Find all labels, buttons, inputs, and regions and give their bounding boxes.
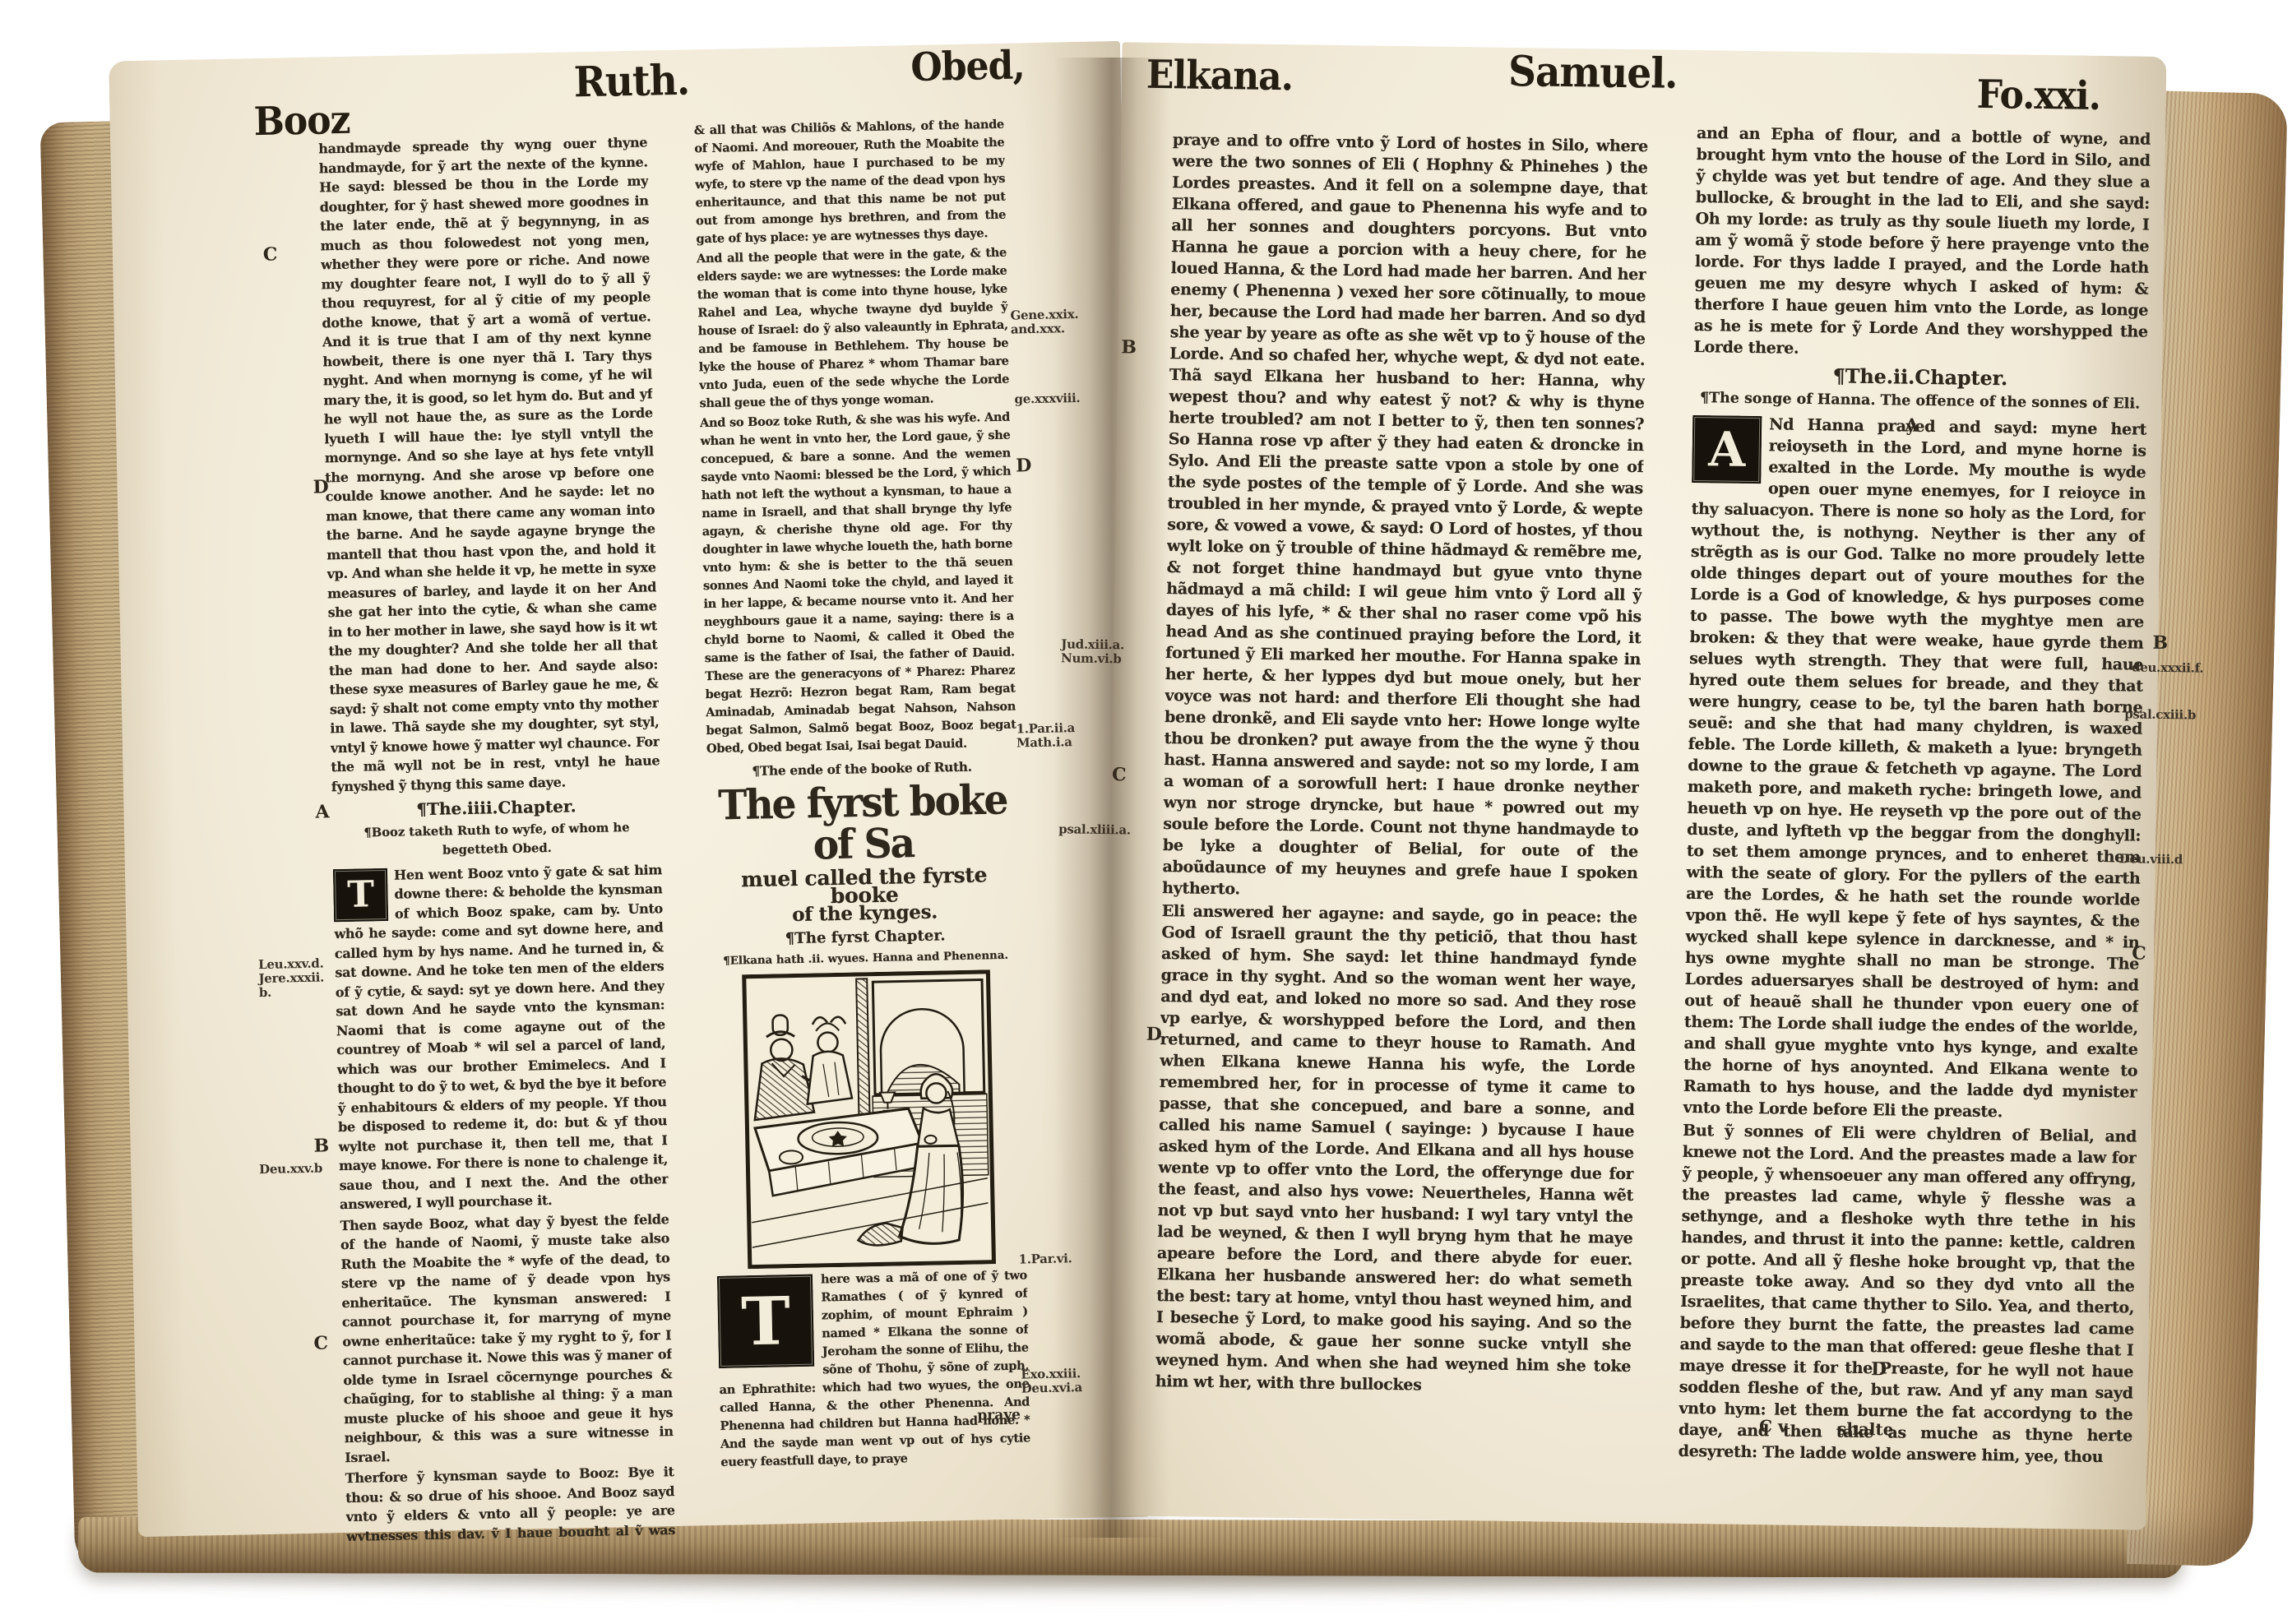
margin-cross-reference: 1.Par.ii.a Math.i.a	[1016, 721, 1075, 750]
chapter-summary: ¶Booz taketh Ruth to wyfe, of whom he be…	[332, 817, 662, 863]
left-page: Booz Ruth. Obed, handmayde spreade thy w…	[109, 41, 1150, 1537]
quire-signature: C v	[1759, 1416, 1788, 1436]
body-text-paragraph: THen went Booz vnto ỹ gate & sat him dow…	[333, 860, 669, 1215]
body-text: Nd Hanna prayed and sayd: myne hert reio…	[1683, 415, 2146, 1121]
margin-section-letter: B	[1121, 336, 1137, 358]
chapter-summary: ¶The songe of Hanna. The offence of the …	[1692, 387, 2146, 415]
folio-number: Fo.xxi.	[1976, 72, 2100, 119]
woodcut-elkanah-hannah-illustration	[742, 969, 997, 1269]
margin-section-letter: C	[263, 243, 278, 265]
margin-section-letter: A	[315, 801, 330, 822]
decorated-initial-T: T	[717, 1275, 814, 1368]
margin-section-letter: D	[1016, 455, 1032, 476]
right-page: Elkana. Samuel. Fo.xxi. praye and to off…	[1102, 42, 2167, 1530]
body-text-paragraph: Therfore ỹ kynsman sayde to Booz: Bye it…	[345, 1462, 676, 1541]
margin-cross-reference: ge.xxxviii.	[1014, 391, 1080, 407]
body-text-paragraph: But ỹ sonnes of Eli were chyldren of Bel…	[1678, 1120, 2137, 1469]
margin-section-letter: C	[313, 1332, 328, 1353]
samuel-title-line-1: The fyrst boke of Sa	[707, 780, 1019, 868]
body-text-paragraph: Then sayde Booz, what day ỹ byest the fe…	[340, 1210, 674, 1467]
running-header-right: Obed,	[910, 43, 1025, 90]
margin-cross-reference: Leu.xxv.d. Jere.xxxii. b.	[258, 956, 324, 1000]
left-page-column-2: & all that was Chiliõs & Mahlons, of the…	[694, 116, 1032, 1531]
body-text-paragraph: & all that was Chiliõs & Mahlons, of the…	[694, 116, 1007, 249]
body-text-paragraph: handmayde spreade thy wyng ouer thyne ha…	[318, 132, 660, 796]
samuel-title-line-2: muel called the fyrste booke	[709, 865, 1020, 908]
left-page-column-1: handmayde spreade thy wyng ouer thyne ha…	[318, 132, 675, 1541]
margin-section-letter: C	[1112, 764, 1127, 785]
right-page-column-1: praye and to offre vnto ỹ Lord of hostes…	[1155, 129, 1648, 1417]
body-text-paragraph: And so Booz toke Ruth, & she was his wyf…	[700, 409, 1016, 758]
body-text-paragraph: ANd Hanna prayed and sayd: myne hert rei…	[1683, 413, 2146, 1125]
decorated-initial-T: T	[333, 868, 388, 921]
margin-cross-reference: Deu.xxv.b	[259, 1162, 322, 1178]
running-header-title-samuel: Samuel.	[1508, 48, 1678, 99]
catchword: shalte	[1837, 1419, 1894, 1440]
photo-open-antique-bible: Booz Ruth. Obed, handmayde spreade thy w…	[0, 0, 2292, 1624]
margin-section-letter: B	[313, 1135, 329, 1156]
running-header-left: Elkana.	[1146, 53, 1294, 100]
body-text-paragraph: praye and to offre vnto ỹ Lord of hostes…	[1162, 129, 1648, 905]
catchword: praye	[977, 1407, 1021, 1424]
body-text-paragraph: Eli answered her agayne: and sayde, go i…	[1155, 900, 1637, 1399]
running-header-left: Booz	[253, 98, 350, 145]
chapter-summary: ¶Elkana hath .ii. wyues. Hanna and Phene…	[711, 946, 1021, 970]
margin-cross-reference: Exo.xxiii. Deu.xvi.a	[1021, 1367, 1082, 1395]
body-text-paragraph: and an Epha of flour, and a bottle of wy…	[1693, 123, 2151, 364]
running-header-title-ruth: Ruth.	[573, 56, 690, 107]
decorated-initial-A: A	[1692, 415, 1762, 483]
body-text-paragraph: And all the people that were in the gate…	[697, 244, 1010, 414]
body-text-paragraph: There was a mã of one of ỹ two Ramathes …	[717, 1266, 1031, 1472]
margin-cross-reference: Gene.xxix. and.xxx.	[1010, 308, 1078, 337]
chapter-heading: ¶The.ii.Chapter.	[1693, 363, 2147, 391]
right-page-column-2: and an Epha of flour, and a bottle of wy…	[1678, 123, 2151, 1501]
